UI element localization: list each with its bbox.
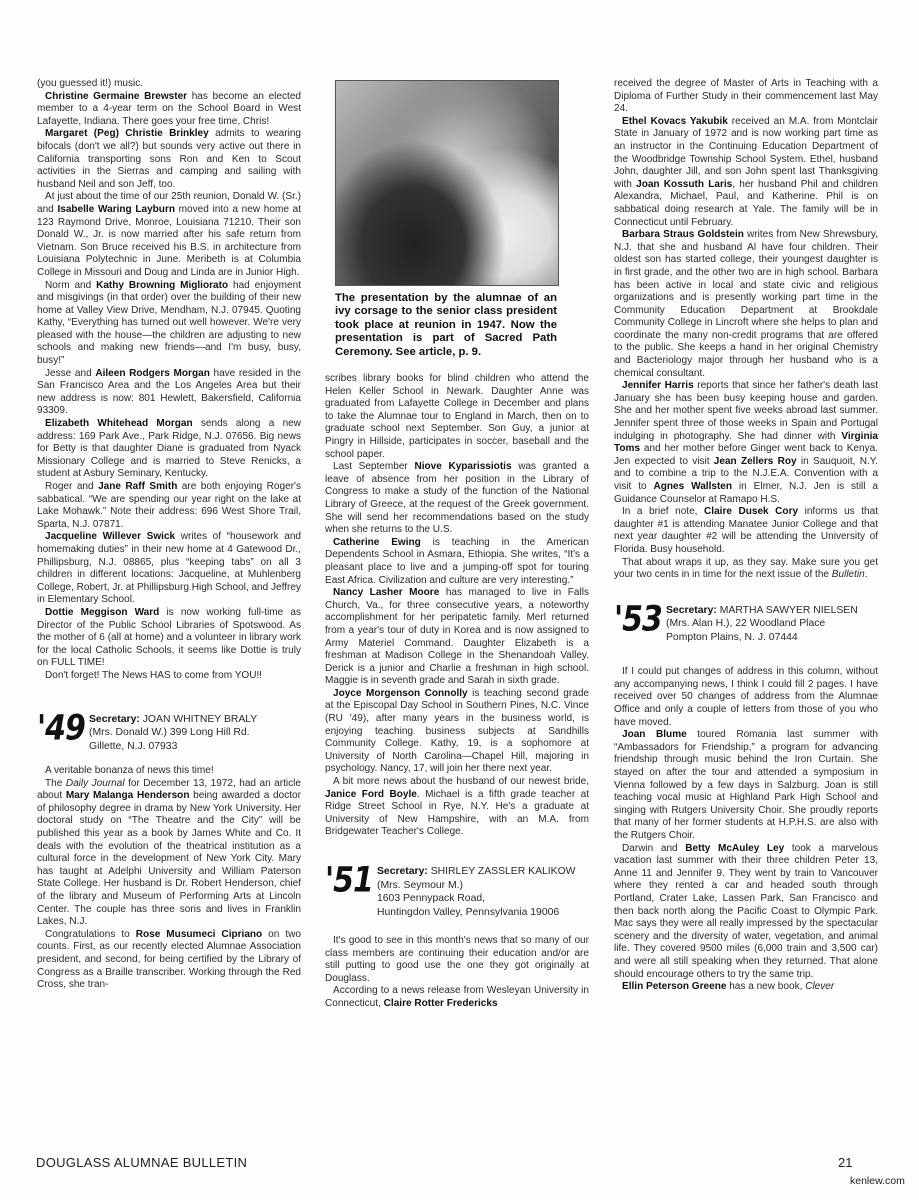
secretary-address: Gillette, N.J. 07933 (89, 741, 177, 752)
publication-footer: DOUGLASS ALUMNAE BULLETIN (36, 1155, 247, 1170)
paragraph: The Daily Journal for December 13, 1972,… (37, 778, 301, 929)
alumna-name: Joyce Morgenson Connolly (333, 688, 468, 699)
secretary-label: Secretary: (666, 605, 717, 616)
alumna-name: Niove Kyparissiotis (414, 461, 511, 472)
alumna-name: Mary Malanga Henderson (66, 790, 190, 801)
paragraph: According to a news release from Wesleya… (325, 985, 589, 1010)
alumna-name: Ethel Kovacs Yakubik (622, 116, 728, 127)
secretary-address: 1603 Pennypack Road, (377, 893, 485, 904)
column-2: The presentation by the alumnae of an iv… (325, 78, 589, 1011)
secretary-address: (Mrs. Seymour M.) (377, 880, 463, 891)
paragraph: At just about the time of our 25th reuni… (37, 191, 301, 279)
paragraph: Nancy Lasher Moore has managed to live i… (325, 587, 589, 688)
paragraph: Darwin and Betty McAuley Ley took a marv… (614, 843, 878, 982)
paragraph: Congratulations to Rose Musumeci Ciprian… (37, 929, 301, 992)
alumna-name: Elizabeth Whitehead Morgan (45, 418, 193, 429)
paragraph: Don't forget! The News HAS to come from … (37, 670, 301, 683)
paragraph: (you guessed it!) music. (37, 78, 301, 91)
alumna-name: Catherine Ewing (333, 537, 421, 548)
paragraph: Joan Blume toured Romania last summer wi… (614, 729, 878, 842)
alumna-name: Dottie Meggison Ward (45, 607, 159, 618)
paragraph: If I could put changes of address in thi… (614, 666, 878, 729)
secretary-address: (Mrs. Alan H.), 22 Woodland Place (666, 618, 825, 629)
alumna-name: Claire Dusek Cory (704, 506, 798, 517)
alumna-name: Joan Kossuth Laris (636, 179, 732, 190)
alumna-name: Betty McAuley Ley (685, 843, 784, 854)
secretary-label: Secretary: (377, 866, 428, 877)
secretary-address: Huntingdon Valley, Pennsylvania 19006 (377, 907, 559, 918)
paragraph: Joyce Morgenson Connolly is teaching sec… (325, 688, 589, 776)
paragraph: Christine Germaine Brewster has become a… (37, 91, 301, 129)
paragraph: A bit more news about the husband of our… (325, 776, 589, 839)
book-title: Clever (805, 981, 834, 992)
paragraph: Ethel Kovacs Yakubik received an M.A. fr… (614, 116, 878, 229)
class-of-1953-header: '53 Secretary: MARTHA SAWYER NIELSEN (Mr… (614, 604, 878, 645)
secretary-name: MARTHA SAWYER NIELSEN (717, 605, 858, 616)
reunion-photo (335, 80, 559, 286)
column-1: (you guessed it!) music. Christine Germa… (37, 78, 301, 992)
secretary-name: JOAN WHITNEY BRALY (140, 714, 257, 725)
alumna-name: Ellin Peterson Greene (622, 981, 726, 992)
class-year: '53 (614, 601, 666, 638)
alumna-name: Jacqueline Willever Swick (45, 531, 175, 542)
alumna-name: Margaret (Peg) Christie Brinkley (45, 128, 209, 139)
paragraph: In a brief note, Claire Dusek Cory infor… (614, 506, 878, 556)
paragraph: Dottie Meggison Ward is now working full… (37, 607, 301, 670)
alumna-name: Jane Raff Smith (98, 481, 177, 492)
class-of-1951-header: '51 Secretary: SHIRLEY ZASSLER KALIKOW (… (325, 865, 589, 919)
alumna-name: Isabelle Waring Layburn (57, 204, 175, 215)
class-year: '49 (37, 710, 89, 747)
secretary-info: Secretary: JOAN WHITNEY BRALY (Mrs. Dona… (89, 713, 257, 754)
alumna-name: Joan Blume (622, 729, 687, 740)
class-of-1949-header: '49 Secretary: JOAN WHITNEY BRALY (Mrs. … (37, 713, 301, 754)
paragraph: That about wraps it up, as they say. Mak… (614, 557, 878, 582)
paragraph: Norm and Kathy Browning Migliorato had e… (37, 280, 301, 368)
paragraph: Roger and Jane Raff Smith are both enjoy… (37, 481, 301, 531)
column-3: received the degree of Master of Arts in… (614, 78, 878, 994)
alumna-name: Rose Musumeci Cipriano (136, 929, 262, 940)
alumna-name: Jean Zellers Roy (714, 456, 797, 467)
paragraph: Last September Niove Kyparissiotis was g… (325, 461, 589, 537)
secretary-label: Secretary: (89, 714, 140, 725)
watermark: kenlew.com (850, 1175, 905, 1187)
page-number: 21 (838, 1155, 852, 1170)
paragraph: Jennifer Harris reports that since her f… (614, 380, 878, 506)
paragraph: Elizabeth Whitehead Morgan sends along a… (37, 418, 301, 481)
publication-title: Daily Journal (66, 778, 125, 789)
class-year: '51 (325, 863, 377, 900)
paragraph: A veritable bonanza of news this time! (37, 765, 301, 778)
paragraph: Ellin Peterson Greene has a new book, Cl… (614, 981, 878, 994)
paragraph: It's good to see in this month's news th… (325, 935, 589, 985)
paragraph: received the degree of Master of Arts in… (614, 78, 878, 116)
paragraph: Catherine Ewing is teaching in the Ameri… (325, 537, 589, 587)
alumna-name: Janice Ford Boyle (325, 789, 417, 800)
publication-title: Bulletin (832, 569, 865, 580)
alumna-name: Christine Germaine Brewster (45, 91, 187, 102)
paragraph: Margaret (Peg) Christie Brinkley admits … (37, 128, 301, 191)
paragraph: scribes library books for blind children… (325, 373, 589, 461)
secretary-info: Secretary: SHIRLEY ZASSLER KALIKOW (Mrs.… (377, 865, 575, 919)
paragraph: Jacqueline Willever Swick writes of “hou… (37, 531, 301, 607)
alumna-name: Claire Rotter Fredericks (384, 998, 498, 1009)
alumna-name: Agnes Wallsten (653, 481, 732, 492)
paragraph: Jesse and Aileen Rodgers Morgan have res… (37, 368, 301, 418)
alumna-name: Aileen Rodgers Morgan (95, 368, 210, 379)
secretary-address: Pompton Plains, N. J. 07444 (666, 632, 798, 643)
secretary-info: Secretary: MARTHA SAWYER NIELSEN (Mrs. A… (666, 604, 858, 645)
alumna-name: Jennifer Harris (622, 380, 694, 391)
photo-caption: The presentation by the alumnae of an iv… (335, 292, 557, 359)
alumna-name: Barbara Straus Goldstein (622, 229, 744, 240)
alumna-name: Kathy Browning Migliorato (96, 280, 228, 291)
alumna-name: Nancy Lasher Moore (333, 587, 439, 598)
secretary-address: (Mrs. Donald W.) 399 Long Hill Rd. (89, 727, 250, 738)
paragraph: Barbara Straus Goldstein writes from New… (614, 229, 878, 380)
secretary-name: SHIRLEY ZASSLER KALIKOW (428, 866, 576, 877)
